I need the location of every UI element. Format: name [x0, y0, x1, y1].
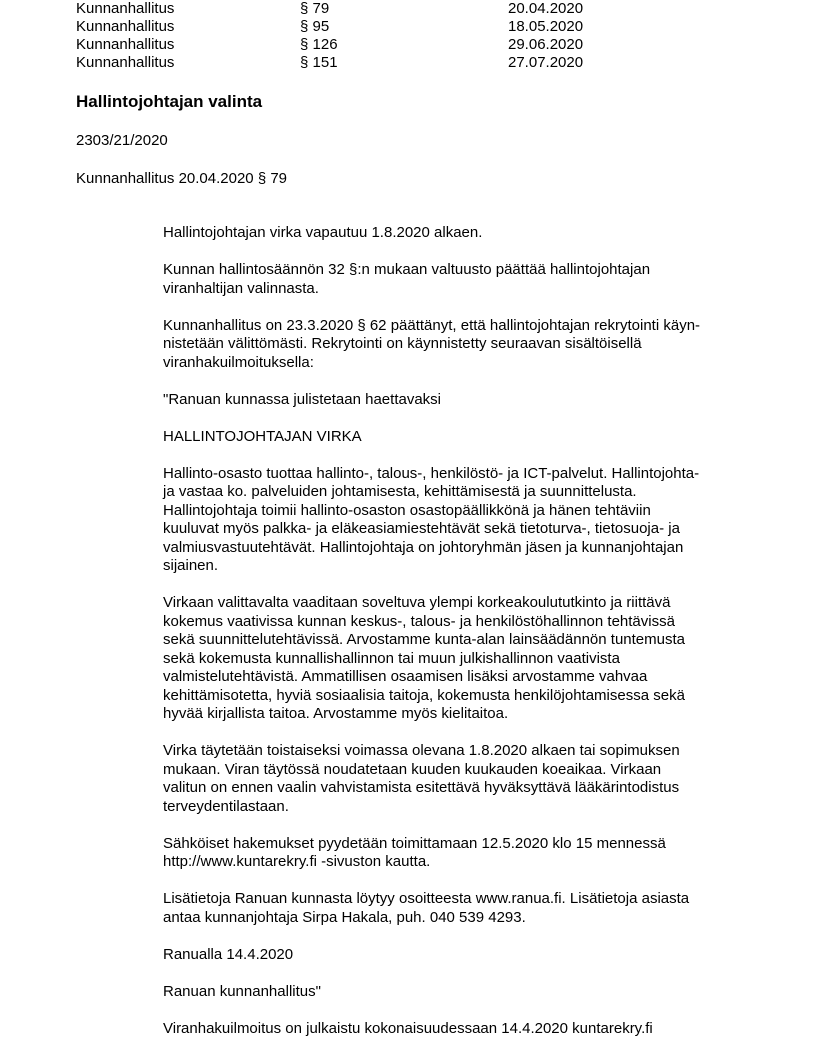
paragraph: Virkaan valittavalta vaaditaan soveltuva…: [163, 594, 763, 724]
paragraph: Lisätietoja Ranuan kunnasta löytyy osoit…: [163, 890, 763, 927]
history-body: Kunnanhallitus: [76, 54, 174, 72]
history-body: Kunnanhallitus: [76, 36, 174, 54]
item-body: Hallintojohtajan virka vapautuu 1.8.2020…: [163, 224, 763, 1056]
history-section: § 151: [300, 54, 338, 72]
paragraph: Ranuan kunnanhallitus": [163, 983, 763, 1002]
paragraph: Hallinto-osasto tuottaa hallinto-, talou…: [163, 465, 763, 576]
item-title: Hallintojohtajan valinta: [76, 91, 262, 113]
history-date: 18.05.2020: [508, 18, 583, 36]
history-date: 29.06.2020: [508, 36, 583, 54]
history-date: 27.07.2020: [508, 54, 583, 72]
history-row: Kunnanhallitus § 126 29.06.2020: [76, 36, 776, 54]
history-section: § 126: [300, 36, 338, 54]
diary-number: 2303/21/2020: [76, 131, 168, 151]
meeting-reference: Kunnanhallitus 20.04.2020 § 79: [76, 169, 287, 189]
paragraph: HALLINTOJOHTAJAN VIRKA: [163, 428, 763, 447]
history-body: Kunnanhallitus: [76, 18, 174, 36]
history-row: Kunnanhallitus § 95 18.05.2020: [76, 18, 776, 36]
paragraph: Sähköiset hakemukset pyydetään toimittam…: [163, 835, 763, 872]
paragraph: Virka täytetään toistaiseksi voimassa ol…: [163, 742, 763, 816]
history-row: Kunnanhallitus § 151 27.07.2020: [76, 54, 776, 72]
history-body: Kunnanhallitus: [76, 0, 174, 18]
history-row: Kunnanhallitus § 79 20.04.2020: [76, 0, 776, 18]
paragraph: Ranualla 14.4.2020: [163, 946, 763, 965]
history-section: § 95: [300, 18, 329, 36]
paragraph: Hallintojohtajan virka vapautuu 1.8.2020…: [163, 224, 763, 243]
history-date: 20.04.2020: [508, 0, 583, 18]
paragraph: Kunnanhallitus on 23.3.2020 § 62 päättän…: [163, 317, 763, 373]
history-section: § 79: [300, 0, 329, 18]
paragraph: "Ranuan kunnassa julistetaan haettavaksi: [163, 391, 763, 410]
paragraph: Kunnan hallintosäännön 32 §:n mukaan val…: [163, 261, 763, 298]
paragraph: Viranhakuilmoitus on julkaistu kokonaisu…: [163, 1020, 763, 1039]
